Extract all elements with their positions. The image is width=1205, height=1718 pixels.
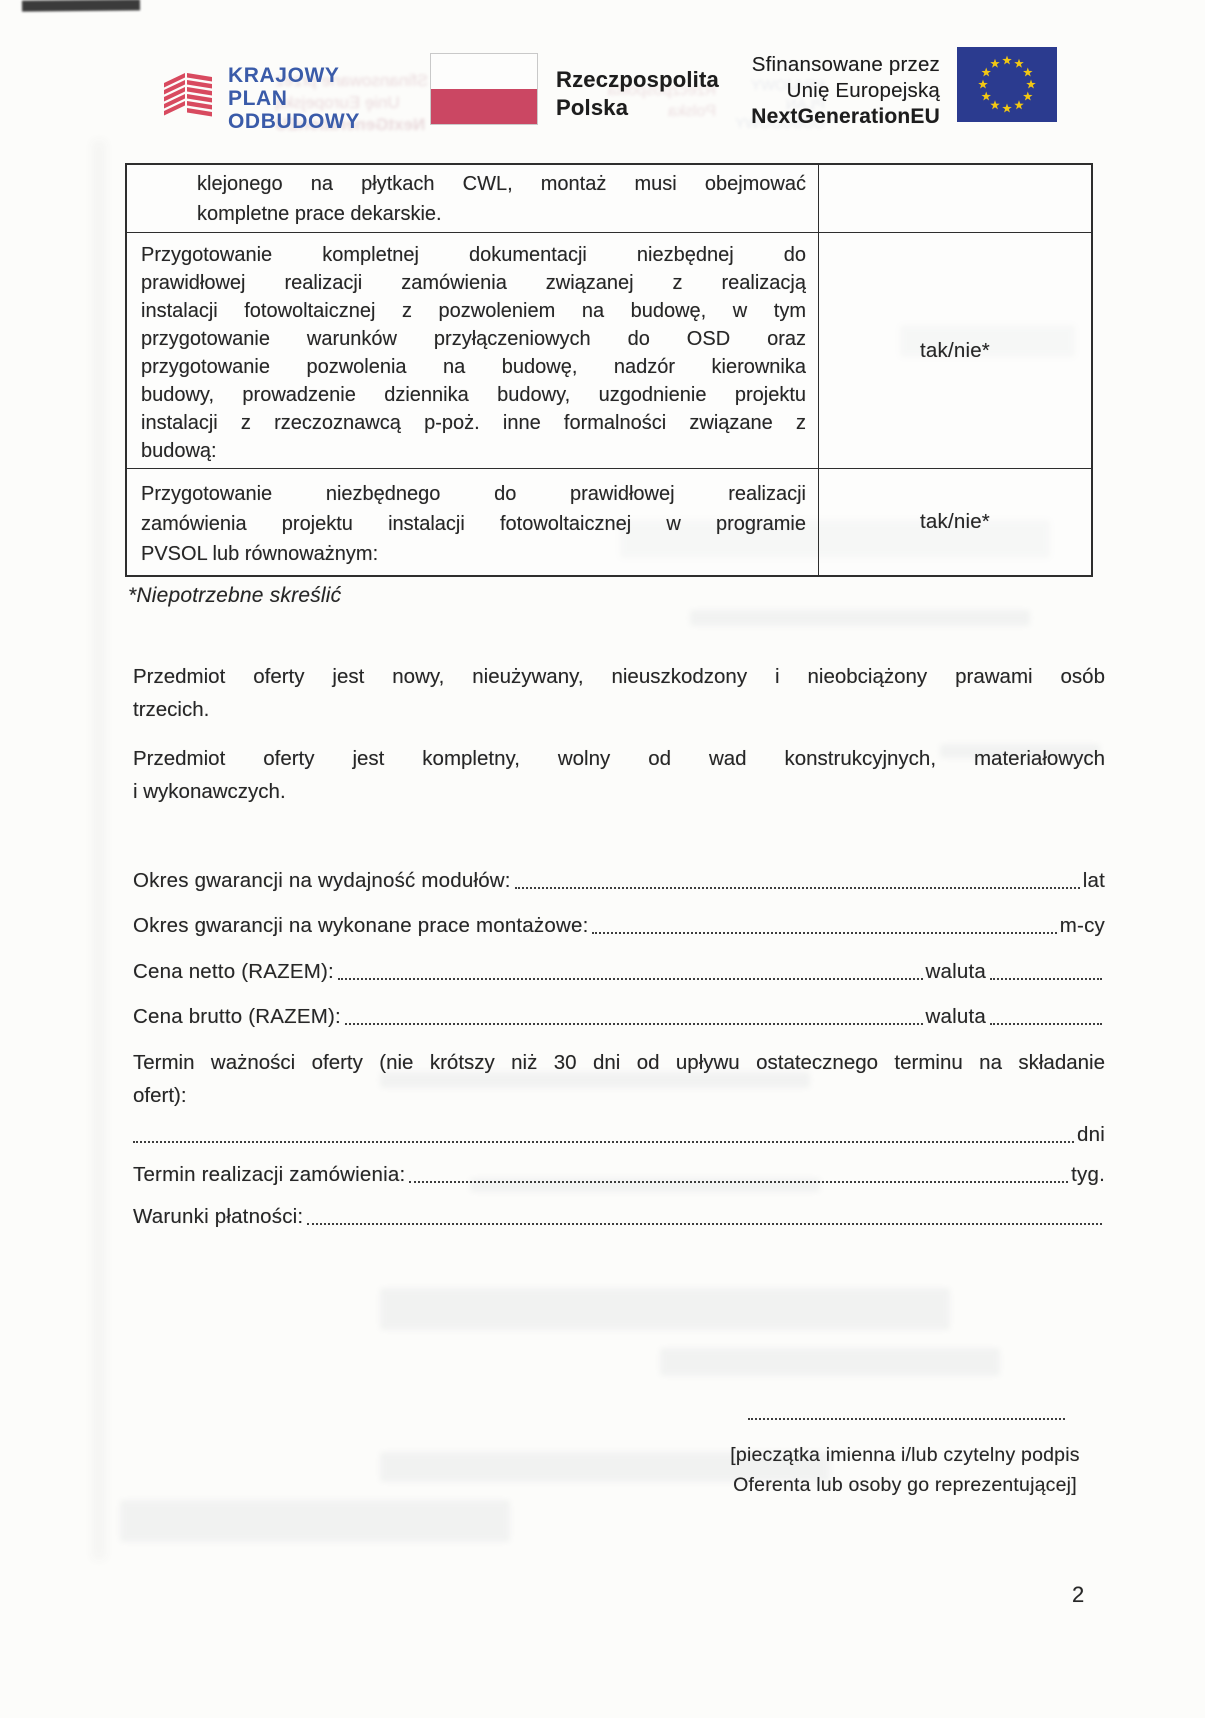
field-warranty-modules: Okres gwarancji na wydajność modułów: la…	[133, 866, 1105, 893]
dotted-fill-line	[345, 1003, 923, 1026]
table-footnote: *Niepotrzebne skreślić	[128, 584, 341, 608]
field-payment-terms: Warunki płatności:	[133, 1202, 1105, 1229]
dotted-fill-line	[592, 912, 1056, 935]
scan-streak	[92, 140, 106, 1560]
table-row: klejonego na płytkach CWL, montaż musi o…	[127, 165, 1091, 233]
kpo-line: PLAN	[228, 87, 360, 110]
dotted-fill-line	[990, 1003, 1102, 1026]
dotted-fill-line	[409, 1161, 1068, 1184]
eu-flag-icon	[957, 47, 1057, 127]
table-cell-answer	[819, 165, 1091, 232]
signature-dotted-line	[748, 1404, 1065, 1420]
dotted-fill-line	[133, 1121, 1074, 1144]
scan-smudge	[22, 0, 140, 12]
table-cell-description: Przygotowanie kompletnej dokumentacji ni…	[127, 233, 819, 468]
kpo-logo-icon	[158, 66, 216, 129]
table-row: Przygotowanie niezbędnego do prawidłowej…	[127, 469, 1091, 575]
eu-funding-text: Sfinansowane przez Unię Europejską NextG…	[640, 52, 940, 130]
table-cell-answer: tak/nie*	[819, 233, 1091, 468]
paragraph-offer-validity: Termin ważności oferty (nie krótszy niż …	[133, 1046, 1105, 1112]
field-validity-days: dni	[133, 1120, 1105, 1147]
bleed-through-ghost	[660, 1348, 1000, 1376]
field-warranty-installation: Okres gwarancji na wykonane prace montaż…	[133, 911, 1105, 938]
table-row: Przygotowanie kompletnej dokumentacji ni…	[127, 233, 1091, 469]
paragraph-condition-complete: Przedmiot oferty jest kompletny, wolny o…	[133, 742, 1105, 808]
bleed-through-ghost	[380, 1288, 950, 1330]
table-cell-description: klejonego na płytkach CWL, montaż musi o…	[127, 165, 819, 232]
field-net-price: Cena netto (RAZEM): waluta	[133, 957, 1105, 984]
field-gross-price: Cena brutto (RAZEM): waluta	[133, 1002, 1105, 1029]
dotted-fill-line	[990, 958, 1102, 981]
field-delivery-term: Termin realizacji zamówienia: tyg.	[133, 1160, 1105, 1187]
signature-caption: [pieczątka imienna i/lub czytelny podpis…	[655, 1440, 1155, 1500]
bleed-through-ghost	[690, 610, 1030, 626]
scanned-offer-document-page: Sfinansowane przez Unię Europejską NextG…	[0, 0, 1205, 1718]
dotted-fill-line	[338, 958, 923, 981]
poland-flag-icon	[430, 53, 538, 125]
kpo-line: KRAJOWY	[228, 64, 360, 87]
dotted-fill-line	[515, 867, 1080, 890]
offer-requirements-table: klejonego na płytkach CWL, montaż musi o…	[125, 163, 1093, 577]
page-number: 2	[1072, 1582, 1084, 1608]
kpo-logo-wordmark: KRAJOWY PLAN ODBUDOWY	[228, 64, 360, 133]
kpo-line: ODBUDOWY	[228, 110, 360, 133]
bleed-through-ghost	[120, 1500, 510, 1542]
table-cell-description: Przygotowanie niezbędnego do prawidłowej…	[127, 469, 819, 575]
paragraph-condition-new: Przedmiot oferty jest nowy, nieużywany, …	[133, 660, 1105, 726]
dotted-fill-line	[307, 1203, 1102, 1226]
table-cell-answer: tak/nie*	[819, 469, 1091, 575]
